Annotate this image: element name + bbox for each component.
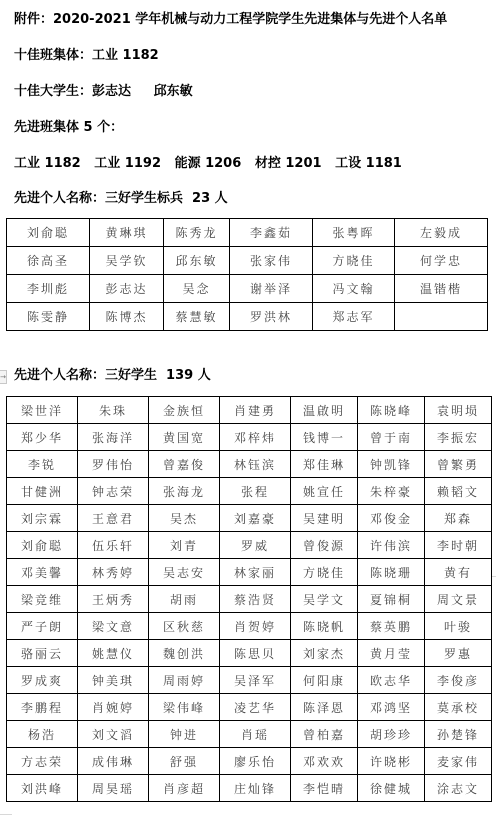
table-row: 刘俞聪黄琳琪陈秀龙李鑫茹张粤晖左毅成	[7, 219, 488, 247]
name-cell: 林家丽	[220, 559, 291, 586]
name-cell: 曾俊源	[291, 532, 358, 559]
name-cell: 赖韬文	[425, 478, 492, 505]
table-row: 方志荣成伟琳舒强廖乐怡邓欢欢许晓彬麦家伟	[7, 748, 492, 775]
name-cell: 区秋慈	[149, 613, 220, 640]
name-cell: 李圳彪	[7, 275, 90, 303]
name-cell: 吴学钦	[90, 247, 164, 275]
name-cell: 成伟琳	[78, 748, 149, 775]
name-cell: 蔡慧敏	[164, 303, 230, 331]
name-cell: 林钰滨	[220, 451, 291, 478]
table-row: 杨浩刘文滔钟进肖瑶曾柏嘉胡珍珍孙楚锋	[7, 721, 492, 748]
table-row: 梁世洋朱珠金族恒肖建勇温啟明陈晓峰袁明埙	[7, 397, 492, 424]
name-cell: 张海洋	[78, 424, 149, 451]
name-cell: 何阳康	[291, 667, 358, 694]
name-cell: 黄国宽	[149, 424, 220, 451]
name-cell: 冯文翰	[313, 275, 395, 303]
name-cell: 庄灿锋	[220, 775, 291, 802]
name-cell: 陈泽恩	[291, 694, 358, 721]
name-cell: 黄琳琪	[90, 219, 164, 247]
name-cell: 蔡英鹏	[358, 613, 425, 640]
name-cell: 刘嘉豪	[220, 505, 291, 532]
name-cell: 莫承校	[425, 694, 492, 721]
name-cell: 梁伟峰	[149, 694, 220, 721]
name-cell: 梁世洋	[7, 397, 78, 424]
name-cell: 胡雨	[149, 586, 220, 613]
name-cell: 郑少华	[7, 424, 78, 451]
table-row: 郑少华张海洋黄国宽邓梓炜钱博一曾于南李振宏	[7, 424, 492, 451]
name-cell: 钱博一	[291, 424, 358, 451]
table-row: 李鹏程肖婉婷梁伟峰凌艺华陈泽恩邓鸿坚莫承校	[7, 694, 492, 721]
name-cell: 刘洪峰	[7, 775, 78, 802]
page-edge-marker	[0, 814, 12, 815]
name-cell: 李锐	[7, 451, 78, 478]
name-cell: 吴泽军	[220, 667, 291, 694]
name-cell: 李时朝	[425, 532, 492, 559]
name-cell: 李俊彦	[425, 667, 492, 694]
name-cell: 左毅成	[395, 219, 488, 247]
name-cell: 杨浩	[7, 721, 78, 748]
name-cell: 刘俞聪	[7, 532, 78, 559]
name-cell: 钟进	[149, 721, 220, 748]
name-cell: 罗惠	[425, 640, 492, 667]
name-cell: 梁竞维	[7, 586, 78, 613]
good-students-table: 梁世洋朱珠金族恒肖建勇温啟明陈晓峰袁明埙郑少华张海洋黄国宽邓梓炜钱博一曾于南李振…	[6, 396, 492, 802]
name-cell: 严子朗	[7, 613, 78, 640]
name-cell: 徐高圣	[7, 247, 90, 275]
name-cell: 温锴楷	[395, 275, 488, 303]
name-cell: 罗成爽	[7, 667, 78, 694]
name-cell: 钟志荣	[78, 478, 149, 505]
name-cell: 肖建勇	[220, 397, 291, 424]
name-cell: 黄有	[425, 559, 492, 586]
name-cell: 吴念	[164, 275, 230, 303]
name-cell: 叶骏	[425, 613, 492, 640]
name-cell: 曾嘉俊	[149, 451, 220, 478]
name-cell: 彭志达	[90, 275, 164, 303]
name-cell: 吴建明	[291, 505, 358, 532]
table-move-handle-icon[interactable]: →	[0, 370, 7, 384]
name-cell: 曾柏嘉	[291, 721, 358, 748]
table-row: 骆丽云姚慧仪魏创洪陈思贝刘家杰黄月莹罗惠	[7, 640, 492, 667]
name-cell: 李鹏程	[7, 694, 78, 721]
name-cell: 刘家杰	[291, 640, 358, 667]
name-cell: 朱珠	[78, 397, 149, 424]
name-cell: 黄月莹	[358, 640, 425, 667]
name-cell: 曾繁勇	[425, 451, 492, 478]
table-row: 罗成爽钟美琪周雨婷吴泽军何阳康欧志华李俊彦	[7, 667, 492, 694]
name-cell: 郑志军	[313, 303, 395, 331]
name-cell: 陈晓峰	[358, 397, 425, 424]
name-cell: 陈博杰	[90, 303, 164, 331]
name-cell: 梁文意	[78, 613, 149, 640]
name-cell: 陈雯静	[7, 303, 90, 331]
name-cell: 欧志华	[358, 667, 425, 694]
name-cell: 金族恒	[149, 397, 220, 424]
name-cell: 何学忠	[395, 247, 488, 275]
name-cell: 刘青	[149, 532, 220, 559]
name-cell: 钟美琪	[78, 667, 149, 694]
name-cell: 凌艺华	[220, 694, 291, 721]
name-cell: 肖贺婷	[220, 613, 291, 640]
name-cell: 张海龙	[149, 478, 220, 505]
name-cell: 温啟明	[291, 397, 358, 424]
advanced-classes-list: 工业 1182 工业 1192 能源 1206 材控 1201 工设 1181	[14, 156, 402, 172]
table-row: 邓美馨林秀婷吴志安林家丽方晓佳陈晓珊黄有	[7, 559, 492, 586]
name-cell: 刘俞聪	[7, 219, 90, 247]
name-cell: 李鑫茹	[230, 219, 313, 247]
name-cell: 刘文滔	[78, 721, 149, 748]
name-cell: 方志荣	[7, 748, 78, 775]
name-cell: 徐健城	[358, 775, 425, 802]
name-cell: 许伟滨	[358, 532, 425, 559]
name-cell	[395, 303, 488, 331]
top-ten-class: 十佳班集体：工业 1182	[14, 48, 159, 64]
name-cell: 许晓彬	[358, 748, 425, 775]
table-row: 刘洪峰周昊瑶肖彦超庄灿锋李恺晴徐健城涂志文	[7, 775, 492, 802]
name-cell: 王意君	[78, 505, 149, 532]
name-cell: 胡珍珍	[358, 721, 425, 748]
name-cell: 张粤晖	[313, 219, 395, 247]
name-cell: 邱东敏	[164, 247, 230, 275]
top-ten-students: 十佳大学生：彭志达 邱东敏	[14, 84, 193, 100]
name-cell: 曾于南	[358, 424, 425, 451]
name-cell: 姚慧仪	[78, 640, 149, 667]
good-students-heading: 先进个人名称：三好学生 139 人	[14, 368, 211, 384]
name-cell: 邓鸿坚	[358, 694, 425, 721]
model-students-table: 刘俞聪黄琳琪陈秀龙李鑫茹张粤晖左毅成徐高圣吴学钦邱东敏张家伟方晓佳何学忠李圳彪彭…	[6, 218, 488, 331]
name-cell: 涂志文	[425, 775, 492, 802]
name-cell: 麦家伟	[425, 748, 492, 775]
name-cell: 李振宏	[425, 424, 492, 451]
name-cell: 魏创洪	[149, 640, 220, 667]
name-cell: 孙楚锋	[425, 721, 492, 748]
name-cell: 周文景	[425, 586, 492, 613]
name-cell: 罗洪林	[230, 303, 313, 331]
name-cell: 甘健洲	[7, 478, 78, 505]
table-row: 徐高圣吴学钦邱东敏张家伟方晓佳何学忠	[7, 247, 488, 275]
name-cell: 张程	[220, 478, 291, 505]
name-cell: 陈晓帆	[291, 613, 358, 640]
name-cell: 钟凯锋	[358, 451, 425, 478]
name-cell: 周雨婷	[149, 667, 220, 694]
name-cell: 郑森	[425, 505, 492, 532]
name-cell: 方晓佳	[291, 559, 358, 586]
document-title: 附件：2020-2021 学年机械与动力工程学院学生先进集体与先进个人名单	[14, 12, 447, 28]
name-cell: 李恺晴	[291, 775, 358, 802]
table-row: 甘健洲钟志荣张海龙张程姚宣任朱梓豪赖韬文	[7, 478, 492, 505]
name-cell: 陈秀龙	[164, 219, 230, 247]
name-cell: 肖婉婷	[78, 694, 149, 721]
advanced-classes-heading: 先进班集体 5 个：	[14, 120, 123, 136]
table-row: 梁竞维王炳秀胡雨蔡浩贤吴学文夏锦桐周文景	[7, 586, 492, 613]
name-cell: 方晓佳	[313, 247, 395, 275]
name-cell: 吴杰	[149, 505, 220, 532]
page-edge-marker	[492, 576, 496, 577]
name-cell: 林秀婷	[78, 559, 149, 586]
name-cell: 伍乐轩	[78, 532, 149, 559]
name-cell: 刘宗霖	[7, 505, 78, 532]
name-cell: 陈晓珊	[358, 559, 425, 586]
name-cell: 郑佳琳	[291, 451, 358, 478]
name-cell: 吴志安	[149, 559, 220, 586]
name-cell: 罗伟怡	[78, 451, 149, 478]
name-cell: 骆丽云	[7, 640, 78, 667]
name-cell: 张家伟	[230, 247, 313, 275]
name-cell: 邓梓炜	[220, 424, 291, 451]
name-cell: 蔡浩贤	[220, 586, 291, 613]
name-cell: 谢举泽	[230, 275, 313, 303]
name-cell: 廖乐怡	[220, 748, 291, 775]
name-cell: 肖瑶	[220, 721, 291, 748]
name-cell: 邓美馨	[7, 559, 78, 586]
model-students-heading: 先进个人名称：三好学生标兵 23 人	[14, 191, 228, 207]
name-cell: 周昊瑶	[78, 775, 149, 802]
table-row: 严子朗梁文意区秋慈肖贺婷陈晓帆蔡英鹏叶骏	[7, 613, 492, 640]
name-cell: 王炳秀	[78, 586, 149, 613]
name-cell: 邓俊金	[358, 505, 425, 532]
name-cell: 肖彦超	[149, 775, 220, 802]
name-cell: 夏锦桐	[358, 586, 425, 613]
name-cell: 舒强	[149, 748, 220, 775]
name-cell: 姚宣任	[291, 478, 358, 505]
name-cell: 吴学文	[291, 586, 358, 613]
table-row: 刘俞聪伍乐轩刘青罗威曾俊源许伟滨李时朝	[7, 532, 492, 559]
table-row: 刘宗霖王意君吴杰刘嘉豪吴建明邓俊金郑森	[7, 505, 492, 532]
name-cell: 邓欢欢	[291, 748, 358, 775]
table-row: 李圳彪彭志达吴念谢举泽冯文翰温锴楷	[7, 275, 488, 303]
name-cell: 罗威	[220, 532, 291, 559]
table-row: 陈雯静陈博杰蔡慧敏罗洪林郑志军	[7, 303, 488, 331]
name-cell: 朱梓豪	[358, 478, 425, 505]
name-cell: 袁明埙	[425, 397, 492, 424]
table-row: 李锐罗伟怡曾嘉俊林钰滨郑佳琳钟凯锋曾繁勇	[7, 451, 492, 478]
name-cell: 陈思贝	[220, 640, 291, 667]
